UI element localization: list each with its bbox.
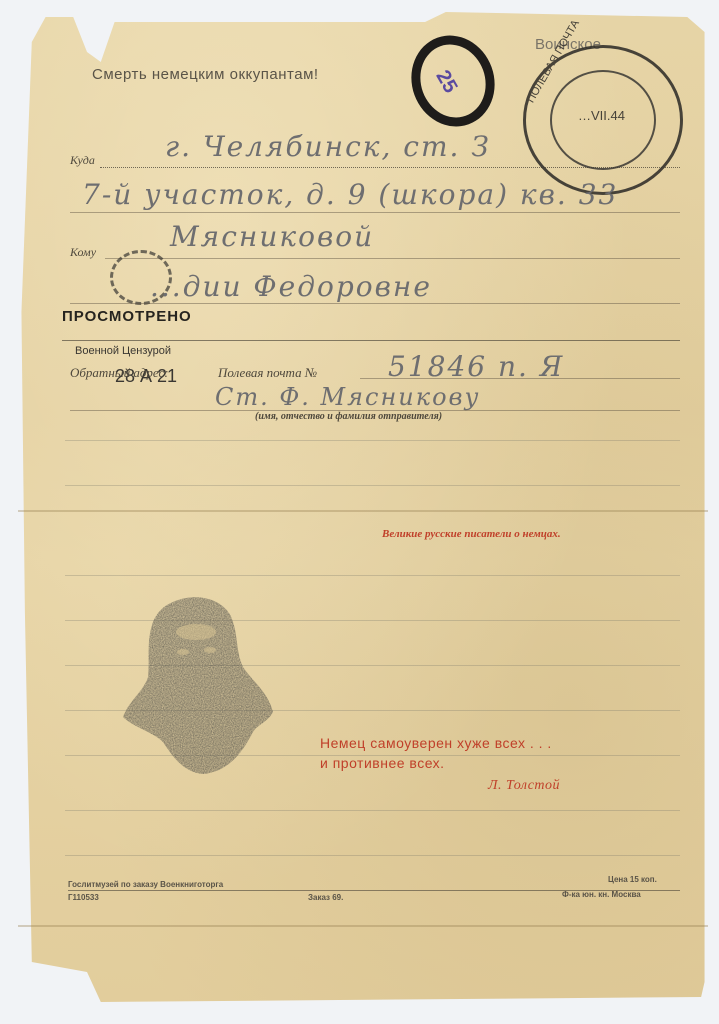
address-to-whom-line1: Мясниковой (170, 220, 374, 253)
to-where-rule-2 (70, 212, 680, 213)
ruled-line (65, 855, 680, 856)
header-slogan: Смерть немецким оккупантам! (92, 66, 319, 83)
tolstoy-portrait-icon (118, 592, 278, 777)
footer-code: Г110533 (68, 893, 99, 902)
footer-price: Цена 15 коп. (608, 875, 657, 884)
to-whom-rule-2 (70, 303, 680, 304)
ruled-line (65, 485, 680, 486)
to-whom-rule (105, 258, 680, 259)
to-where-rule (100, 167, 680, 169)
return-address-label: Обратный адрес: (70, 365, 169, 381)
address-to-whom-line2: ...дии Федоровне (150, 270, 432, 303)
censor-stamp-title: ПРОСМОТРЕНО (62, 308, 192, 325)
ruled-line (65, 810, 680, 811)
quote-heading: Великие русские писатели о немцах. (382, 528, 561, 540)
field-post-rule (360, 378, 680, 379)
sender-name: Ст. Ф. Мясникову (215, 383, 480, 411)
censor-rule (62, 340, 680, 341)
to-where-label: Куда (70, 153, 95, 168)
quote-author: Л. Толстой (488, 778, 560, 794)
postmark-right-date: …VII.44 (578, 108, 625, 123)
censor-stamp-subtitle: Военной Цензурой (75, 345, 171, 357)
sender-caption: (имя, отчество и фамилия отправителя) (255, 411, 442, 422)
ruled-line (65, 440, 680, 441)
footer-publisher: Гослитмузей по заказу Военкниготорга (68, 880, 223, 889)
ruled-line (65, 575, 680, 576)
fold-line (18, 510, 708, 512)
postmark-left-number: 25 (431, 67, 462, 98)
quote-line-1: Немец самоуверен хуже всех . . . (320, 735, 552, 751)
address-to-where-line2: 7-й участок, д. 9 (шкора) кв. 33 (82, 178, 618, 211)
footer-order: Заказ 69. (308, 893, 343, 902)
to-whom-label: Кому (70, 245, 96, 260)
quote-line-2: и противнее всех. (320, 755, 445, 771)
address-to-where-line1: г. Челябинск, ст. З (165, 130, 491, 163)
field-post-label: Полевая почта № (218, 365, 317, 381)
footer-factory: Ф-ка юн. кн. Москва (562, 890, 641, 899)
postmark-right: ПОЛЕВАЯ ПОЧТА …VII.44 (523, 45, 683, 195)
fold-line-bottom (18, 925, 708, 927)
